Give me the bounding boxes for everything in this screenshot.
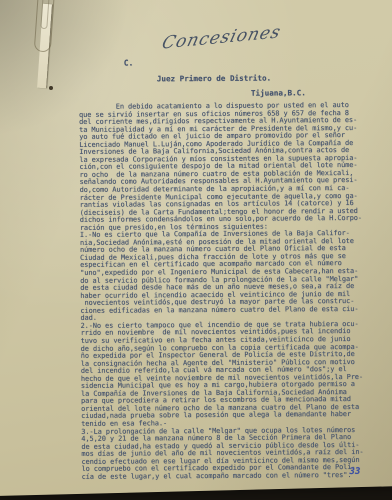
page-number: 33	[349, 467, 360, 477]
place-line: Tijuana,B.C.	[251, 88, 306, 97]
handwritten-note: Concesiones	[139, 20, 304, 56]
recipient-line: Juez Primero de Distrito.	[157, 74, 271, 84]
letter-content: Concesiones C. Juez Primero de Distrito.…	[0, 0, 392, 500]
letter-body: En debido acatamiento a lo dispuesto por…	[79, 102, 378, 481]
salutation-abbreviation: C.	[124, 58, 134, 67]
scan-backdrop: Concesiones C. Juez Primero de Distrito.…	[0, 0, 392, 500]
